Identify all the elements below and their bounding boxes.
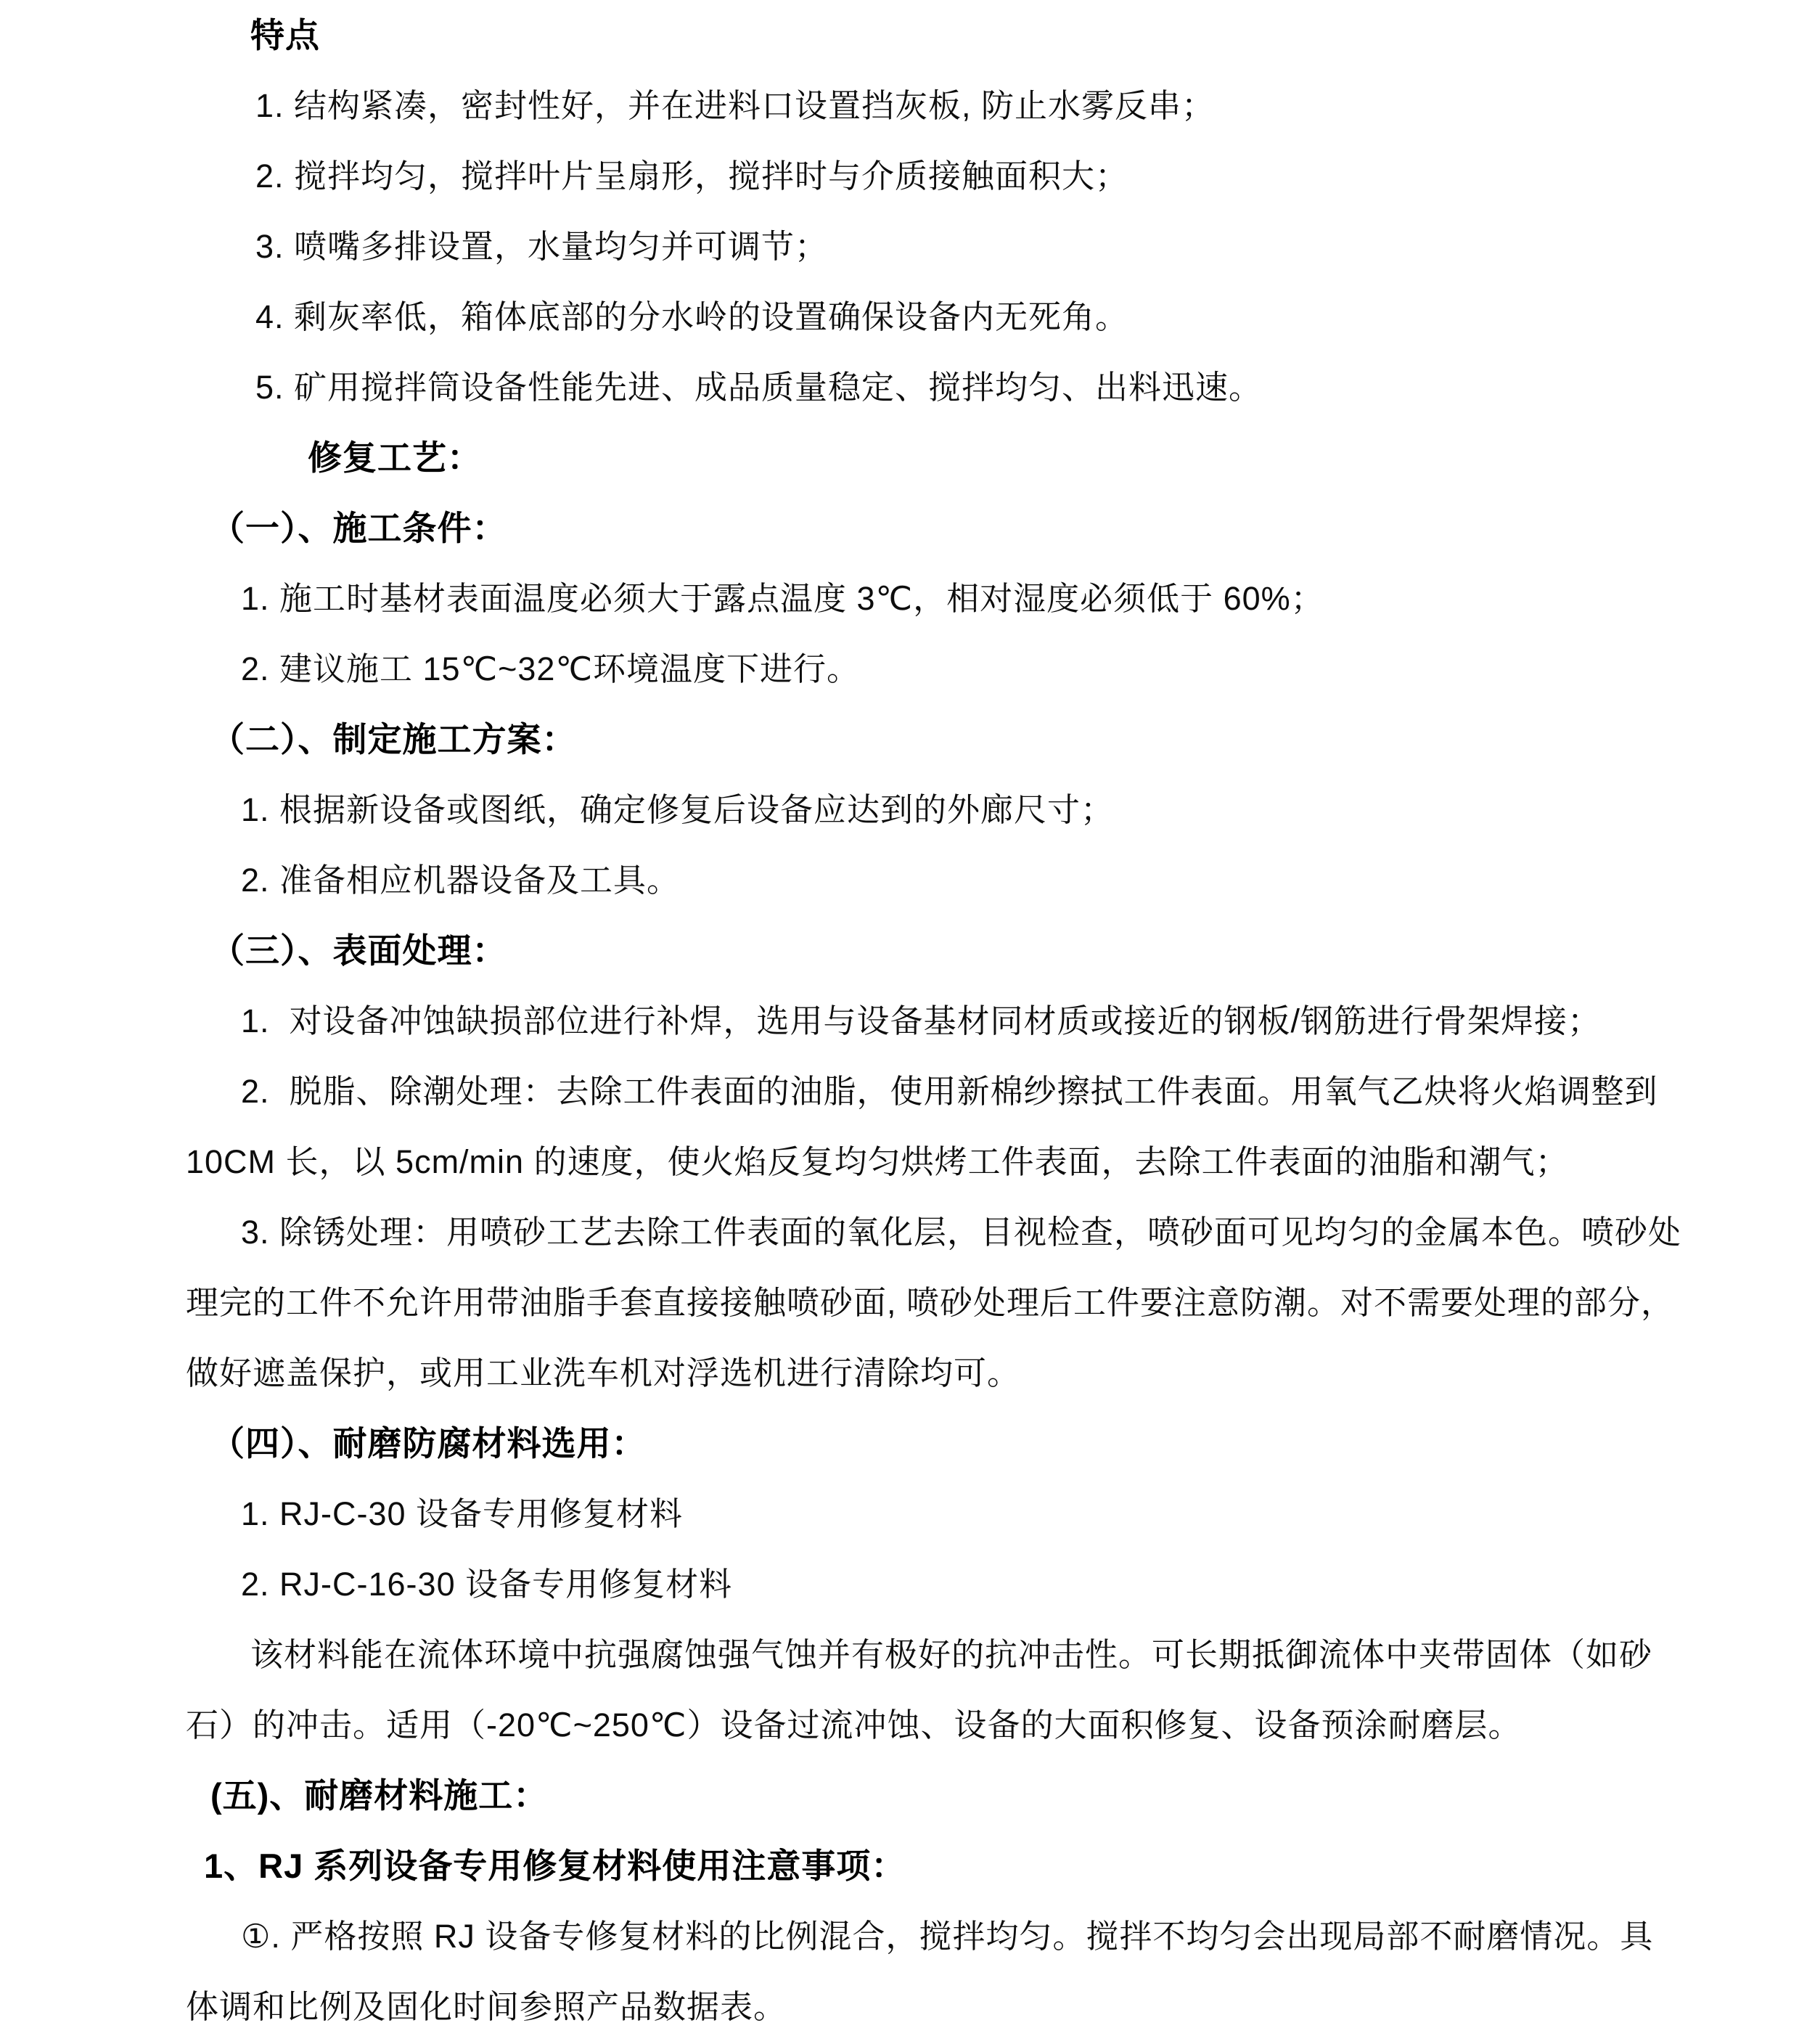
section-4-paragraph: 该材料能在流体环境中抗强腐蚀强气蚀并有极好的抗冲击性。可长期抵御流体中夹带固体（… [250, 1619, 1799, 1690]
section-3-item-continuation: 理完的工件不允许用带油脂手套直接接触喷砂面, 喷砂处理后工件要注意防潮。对不需要… [186, 1267, 1799, 1338]
heading-section-5: (五)、耐磨材料施工： [210, 1760, 1799, 1831]
feature-item: 5. 矿用搅拌筒设备性能先进、成品质量稳定、搅拌均匀、出料迅速。 [255, 352, 1799, 422]
feature-item: 2. 搅拌均匀，搅拌叶片呈扇形，搅拌时与介质接触面积大； [255, 141, 1799, 211]
heading-features: 特点 [250, 0, 1799, 70]
feature-item: 1. 结构紧凑，密封性好，并在进料口设置挡灰板, 防止水雾反串； [255, 70, 1799, 141]
section-4-item: 2. RJ-C-16-30 设备专用修复材料 [241, 1549, 1799, 1619]
feature-item: 4. 剩灰率低，箱体底部的分水岭的设置确保设备内无死角。 [255, 282, 1799, 352]
heading-section-2: （二）、制定施工方案： [210, 704, 1799, 774]
section-4-paragraph-continuation: 石）的冲击。适用（-20℃~250℃）设备过流冲蚀、设备的大面积修复、设备预涂耐… [186, 1690, 1799, 1760]
heading-repair-process: 修复工艺： [308, 422, 1799, 493]
section-3-item-continuation: 10CM 长，以 5cm/min 的速度，使火焰反复均匀烘烤工件表面，去除工件表… [186, 1127, 1799, 1197]
document-page: 特点 1. 结构紧凑，密封性好，并在进料口设置挡灰板, 防止水雾反串； 2. 搅… [0, 0, 1799, 2044]
feature-item: 3. 喷嘴多排设置，水量均匀并可调节； [255, 211, 1799, 282]
section-1-item: 2. 建议施工 15℃~32℃环境温度下进行。 [241, 634, 1799, 704]
section-2-item: 2. 准备相应机器设备及工具。 [241, 845, 1799, 915]
section-4-item: 1. RJ-C-30 设备专用修复材料 [241, 1479, 1799, 1549]
section-3-item-continuation: 做好遮盖保护，或用工业洗车机对浮选机进行清除均可。 [186, 1338, 1799, 1408]
heading-notes: 1、RJ 系列设备专用修复材料使用注意事项： [204, 1831, 1799, 1901]
section-3-item: 1. 对设备冲蚀缺损部位进行补焊，选用与设备基材同材质或接近的钢板/钢筋进行骨架… [241, 986, 1799, 1056]
section-1-item: 1. 施工时基材表面温度必须大于露点温度 3℃，相对湿度必须低于 60%； [241, 563, 1799, 634]
section-3-item: 2. 脱脂、除潮处理：去除工件表面的油脂，使用新棉纱擦拭工件表面。用氧气乙炔将火… [241, 1056, 1799, 1127]
heading-section-3: （三）、表面处理： [210, 915, 1799, 986]
section-2-item: 1. 根据新设备或图纸，确定修复后设备应达到的外廊尺寸； [241, 774, 1799, 845]
note-item: ①. 严格按照 RJ 设备专修复材料的比例混合，搅拌均匀。搅拌不均匀会出现局部不… [241, 1901, 1799, 1971]
heading-section-4: （四）、耐磨防腐材料选用： [210, 1408, 1799, 1479]
heading-section-1: （一）、施工条件： [210, 493, 1799, 563]
note-item-continuation: 体调和比例及固化时间参照产品数据表。 [186, 1971, 1799, 2042]
section-3-item: 3. 除锈处理：用喷砂工艺去除工件表面的氧化层，目视检查，喷砂面可见均匀的金属本… [241, 1197, 1799, 1267]
